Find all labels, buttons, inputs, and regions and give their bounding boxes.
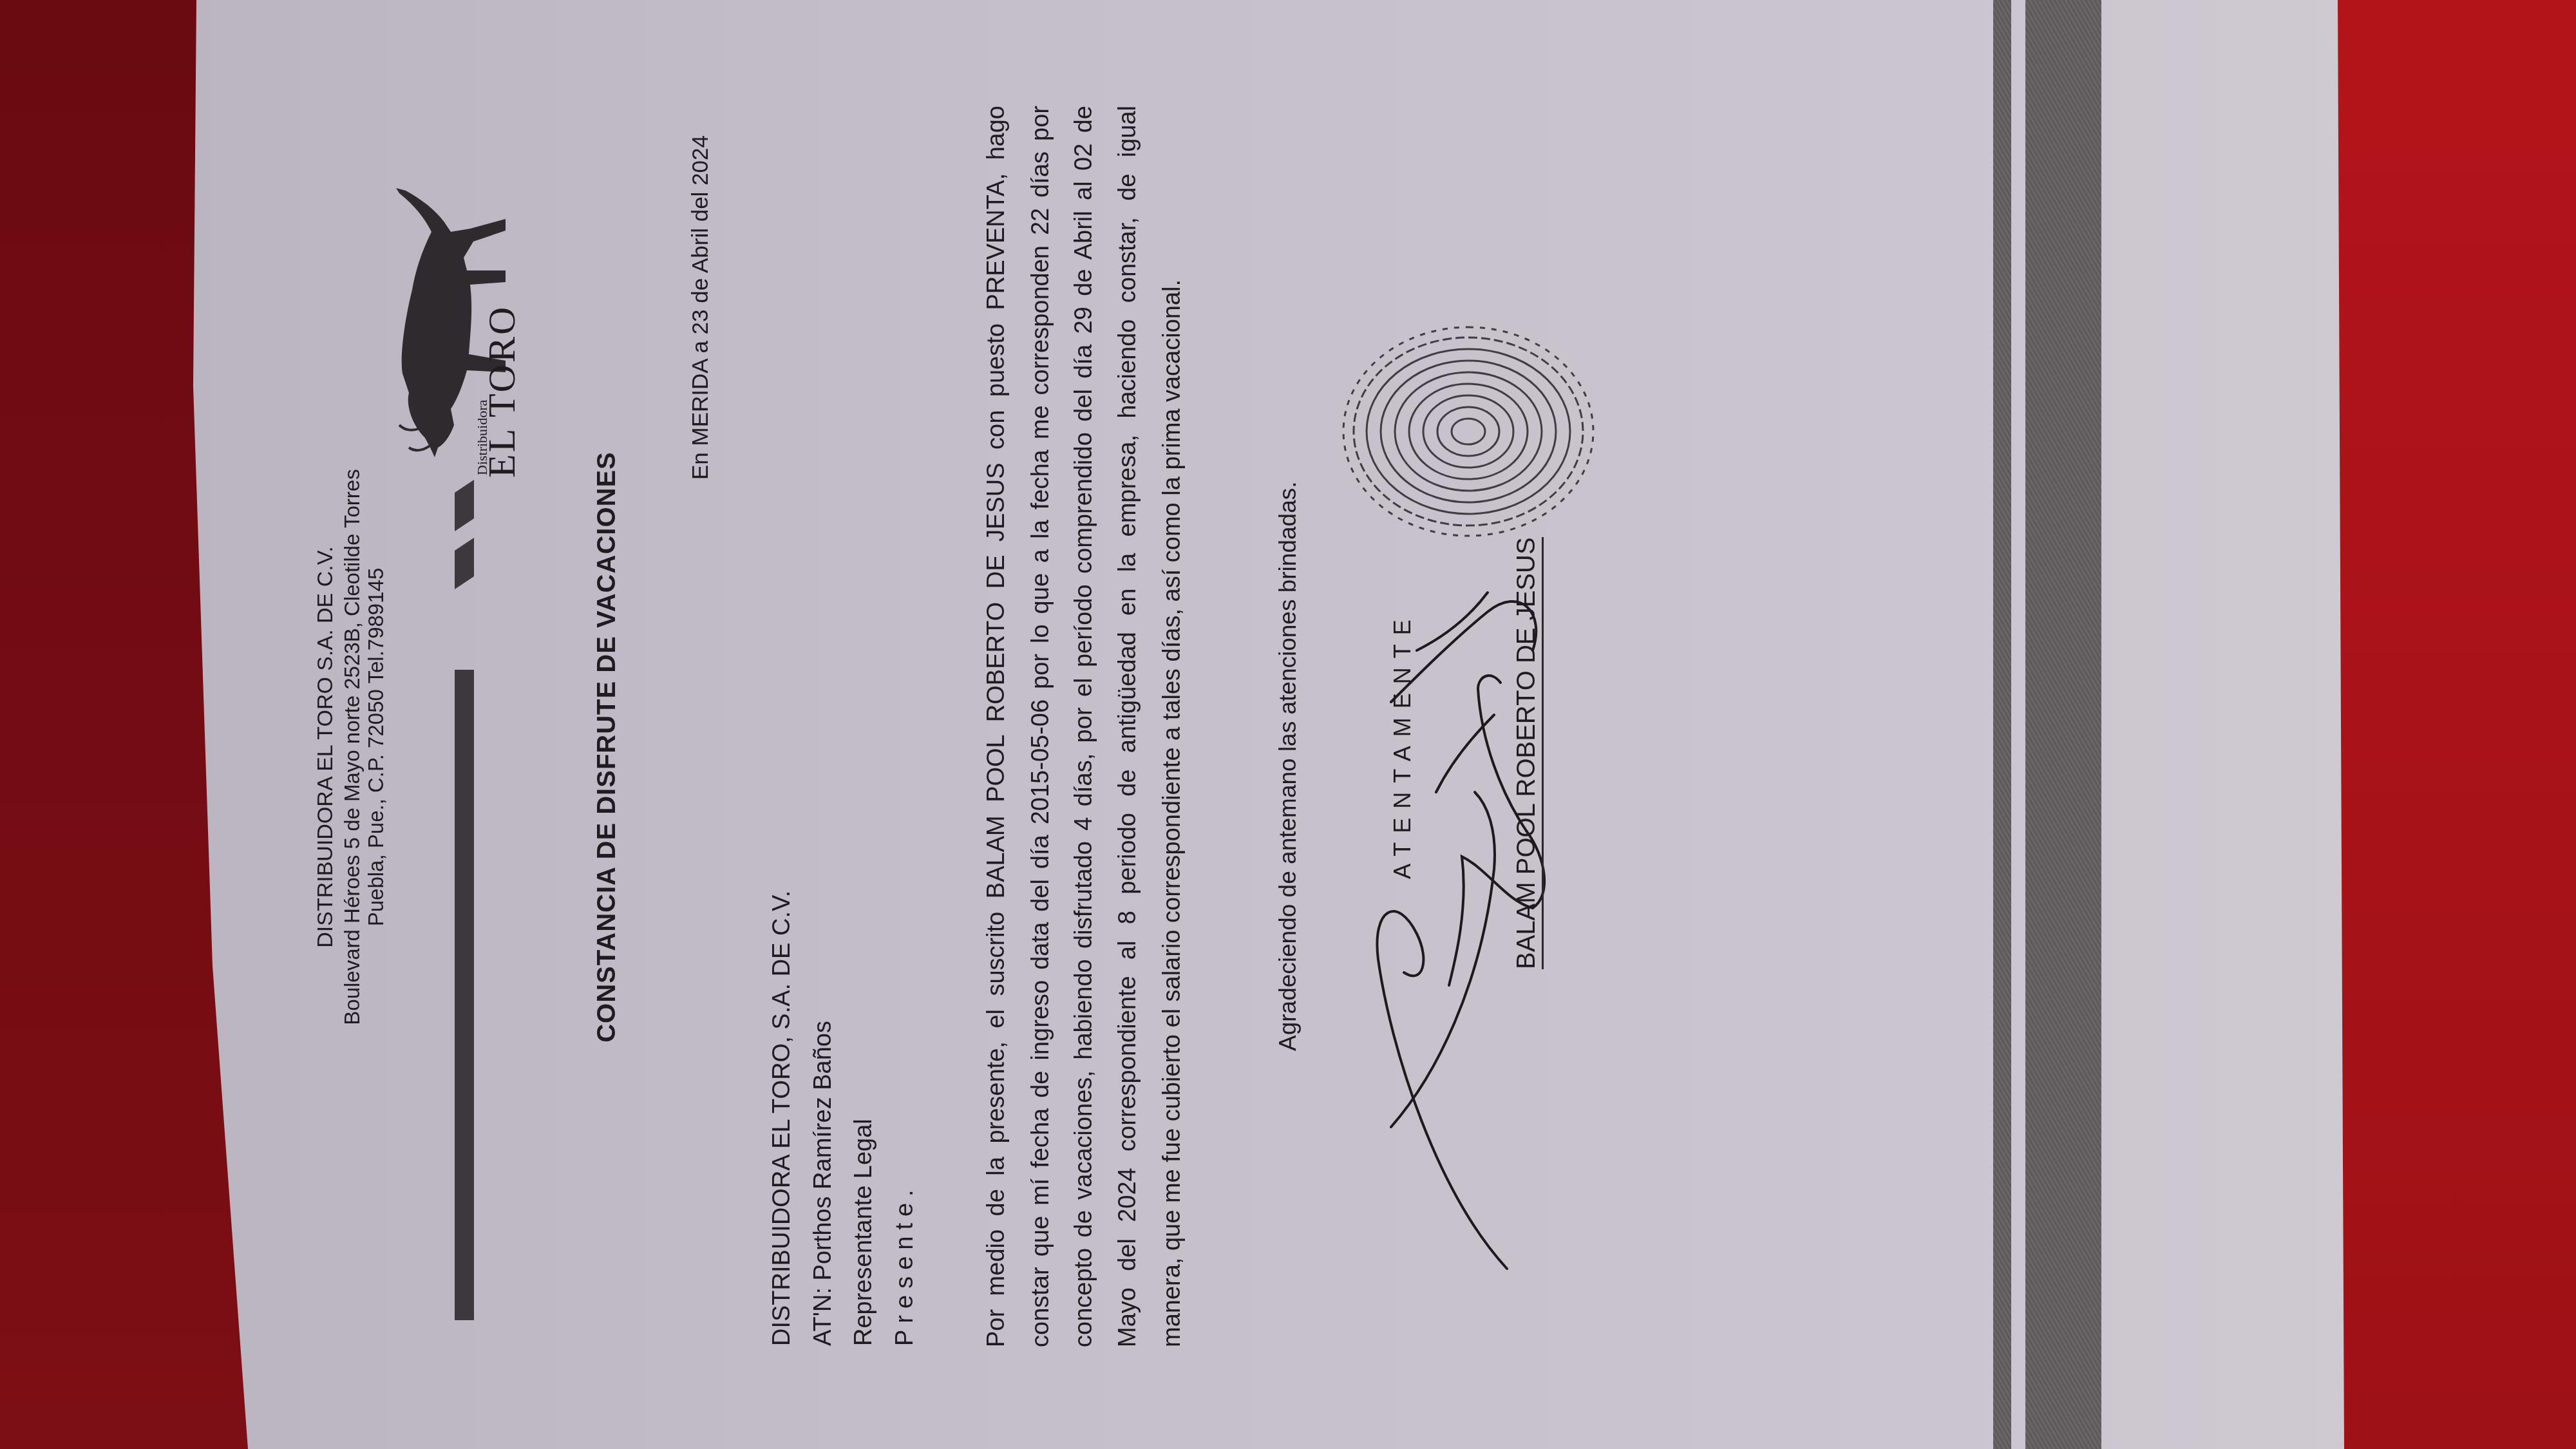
signer-name: BALAM POOL ROBERTO DE JESUS [1513,537,1544,969]
closing-line: ATENTAMENTE [1391,611,1414,879]
logo-brand: EL TORO [480,305,524,478]
body-line: concepto de vacaciones, habiendo disfrut… [1072,106,1099,1347]
body-line: Mayo del 2024 correspondiente al 8 perio… [1115,106,1142,1347]
company-city: Puebla, Pue., C.P. 72050 Tel.7989145 [365,425,386,1069]
signature-icon [1340,547,1610,1320]
body-line: constar que mí fecha de ingreso data del… [1028,106,1056,1347]
body-line: Por medio de la presente, el suscrito BA… [984,106,1011,1347]
recipient-role: Representante Legal [851,1119,876,1346]
recipient-company: DISTRIBUIDORA EL TORO, S.A. DE C.V. [770,891,794,1346]
fingerprint-icon [1340,316,1597,547]
document-page: DISTRIBUIDORA EL TORO S.A. DE C.V. Boule… [0,0,2576,1449]
body-line: manera, que me fue cubierto el salario c… [1160,106,1187,1347]
company-address: Boulevard Héroes 5 de Mayo norte 2523B, … [341,361,363,1133]
recipient-attention: AT'N: Porthos Ramírez Baños [811,1021,835,1346]
company-name: DISTRIBUIDORA EL TORO S.A. DE C.V. [314,425,336,1069]
thanks-line: Agradeciendo de antemano las atenciones … [1276,481,1300,1051]
place-date: En MERIDA a 23 de Abril del 2024 [689,135,712,547]
recipient-greeting: Presente. [893,1183,917,1346]
document-title: CONSTANCIA DE DISFRUTE DE VACACIONES [594,425,620,1069]
